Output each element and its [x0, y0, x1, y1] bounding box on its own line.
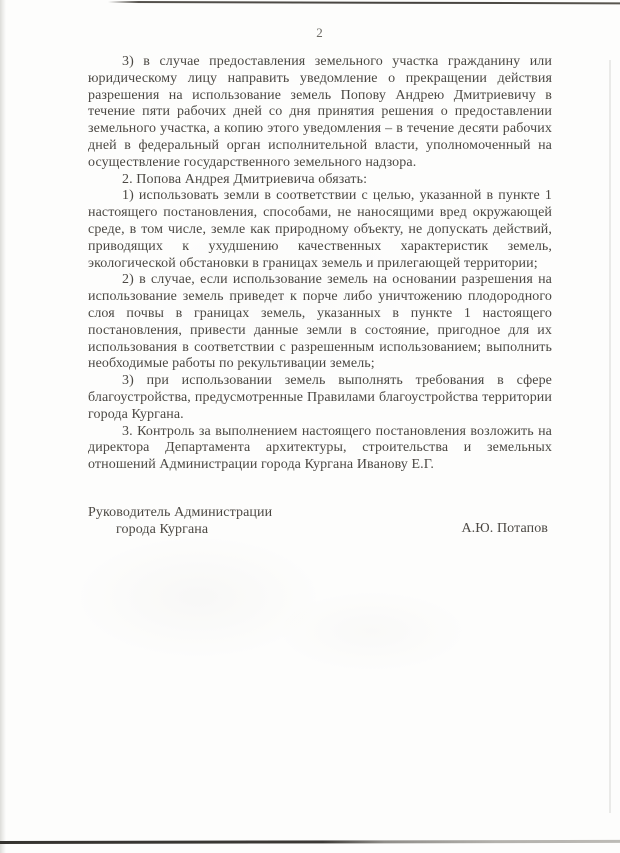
document-body: 3) в случае предоставления земельного уч… — [88, 54, 552, 538]
paragraph-obligation-2-recultivation: 2) в случае, если использование земель н… — [88, 272, 552, 373]
paragraph-obligation-1-land-use: 1) использовать земли в соответствии с ц… — [88, 188, 552, 272]
scan-bottom-edge-line — [0, 840, 620, 844]
signatory-position: Руководитель Администрации города Курган… — [88, 504, 272, 538]
signature-block: Руководитель Администрации города Курган… — [88, 504, 552, 538]
document-page: { "page_number": "2", "body": { "paragra… — [0, 0, 620, 853]
paragraph-obligation-3-improvement-rules: 3) при использовании земель выполнять тр… — [88, 373, 552, 423]
scan-top-edge-line — [108, 1, 620, 4]
page-number: 2 — [88, 25, 552, 41]
paragraph-clause-2-obligations-heading: 2. Попова Андрея Дмитриевича обязать: — [88, 172, 552, 189]
scan-left-edge-shadow — [0, 0, 6, 853]
signatory-name: А.Ю. Потапов — [461, 521, 552, 538]
paragraph-clause-3-control: 3. Контроль за выполнением настоящего по… — [88, 424, 552, 474]
signatory-position-line2: города Кургана — [88, 521, 272, 538]
paragraph-item-3-termination-notice: 3) в случае предоставления земельного уч… — [88, 54, 552, 172]
signatory-position-line1: Руководитель Администрации — [88, 504, 272, 521]
scan-right-streak — [609, 60, 611, 813]
